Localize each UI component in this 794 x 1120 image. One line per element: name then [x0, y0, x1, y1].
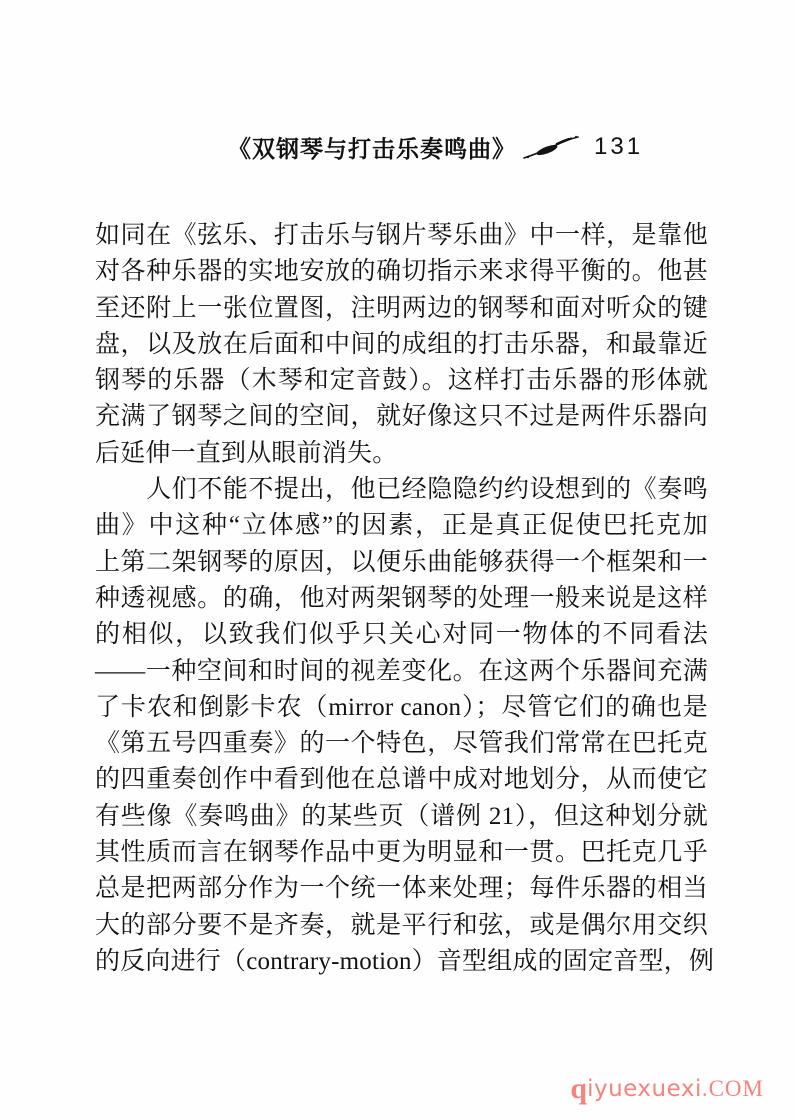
watermark: qiyuexuexi.COM: [570, 1074, 764, 1104]
text-line: 《第五号四重奏》的一个特色，尽管我们常常在巴托克: [95, 726, 708, 762]
watermark-name: iyuexuexi: [587, 1076, 702, 1102]
text-line: 上第二架钢琴的原因，以便乐曲能够获得一个框架和一: [95, 545, 708, 581]
watermark-initial: q: [570, 1072, 587, 1105]
text-body: 如同在《弦乐、打击乐与钢片琴乐曲》中一样，是靠他 对各种乐器的实地安放的确切指示…: [95, 218, 708, 980]
text-line: 曲》中这种“立体感”的因素，正是真正促使巴托克加: [95, 508, 708, 544]
text-line: 种透视感。的确，他对两架钢琴的处理一般来说是这样: [95, 581, 708, 617]
text-line: 其性质而言在钢琴作品中更为明显和一贯。巴托克几乎: [95, 835, 708, 871]
text-line: 总是把两部分作为一个统一体来处理；每件乐器的相当: [95, 871, 708, 907]
text-line: 对各种乐器的实地安放的确切指示来求得平衡的。他甚: [95, 254, 708, 290]
text-line: 的相似，以致我们似乎只关心对同一物体的不同看法: [95, 617, 708, 653]
text-line: 至还附上一张位置图，注明两边的钢琴和面对听众的键: [95, 291, 708, 327]
text-line: 如同在《弦乐、打击乐与钢片琴乐曲》中一样，是靠他: [95, 218, 708, 254]
text-line: 盘，以及放在后面和中间的成组的打击乐器，和最靠近: [95, 327, 708, 363]
text-line: 有些像《奏鸣曲》的某些页（谱例 21），但这种划分就: [95, 799, 708, 835]
text-line: 的四重奏创作中看到他在总谱中成对地划分，从而使它: [95, 762, 708, 798]
watermark-tld: .COM: [702, 1076, 764, 1101]
text-line: 钢琴的乐器（木琴和定音鼓）。这样打击乐器的形体就: [95, 363, 708, 399]
page-number: 131: [594, 133, 643, 161]
chapter-title: 《双钢琴与打击乐奏鸣曲》: [228, 131, 516, 165]
text-line: ——一种空间和时间的视差变化。在这两个乐器间充满: [95, 654, 708, 690]
text-line: 的反向进行（contrary-motion）音型组成的固定音型，例: [95, 944, 708, 980]
brush-flourish-icon: [521, 134, 581, 162]
text-line: 充满了钢琴之间的空间，就好像这只不过是两件乐器向: [95, 399, 708, 435]
text-line: 后延伸一直到从眼前消失。: [95, 436, 708, 472]
book-page: 《双钢琴与打击乐奏鸣曲》 131 如同在《弦乐、打击乐与钢片琴乐曲》中一样，是靠…: [0, 0, 794, 1120]
running-head: 《双钢琴与打击乐奏鸣曲》 131: [0, 128, 794, 168]
text-line: 了卡农和倒影卡农（mirror canon）；尽管它们的确也是: [95, 690, 708, 726]
text-line: 大的部分要不是齐奏，就是平行和弦，或是偶尔用交织: [95, 908, 708, 944]
text-line: 人们不能不提出，他已经隐隐约约设想到的《奏鸣: [95, 472, 708, 508]
